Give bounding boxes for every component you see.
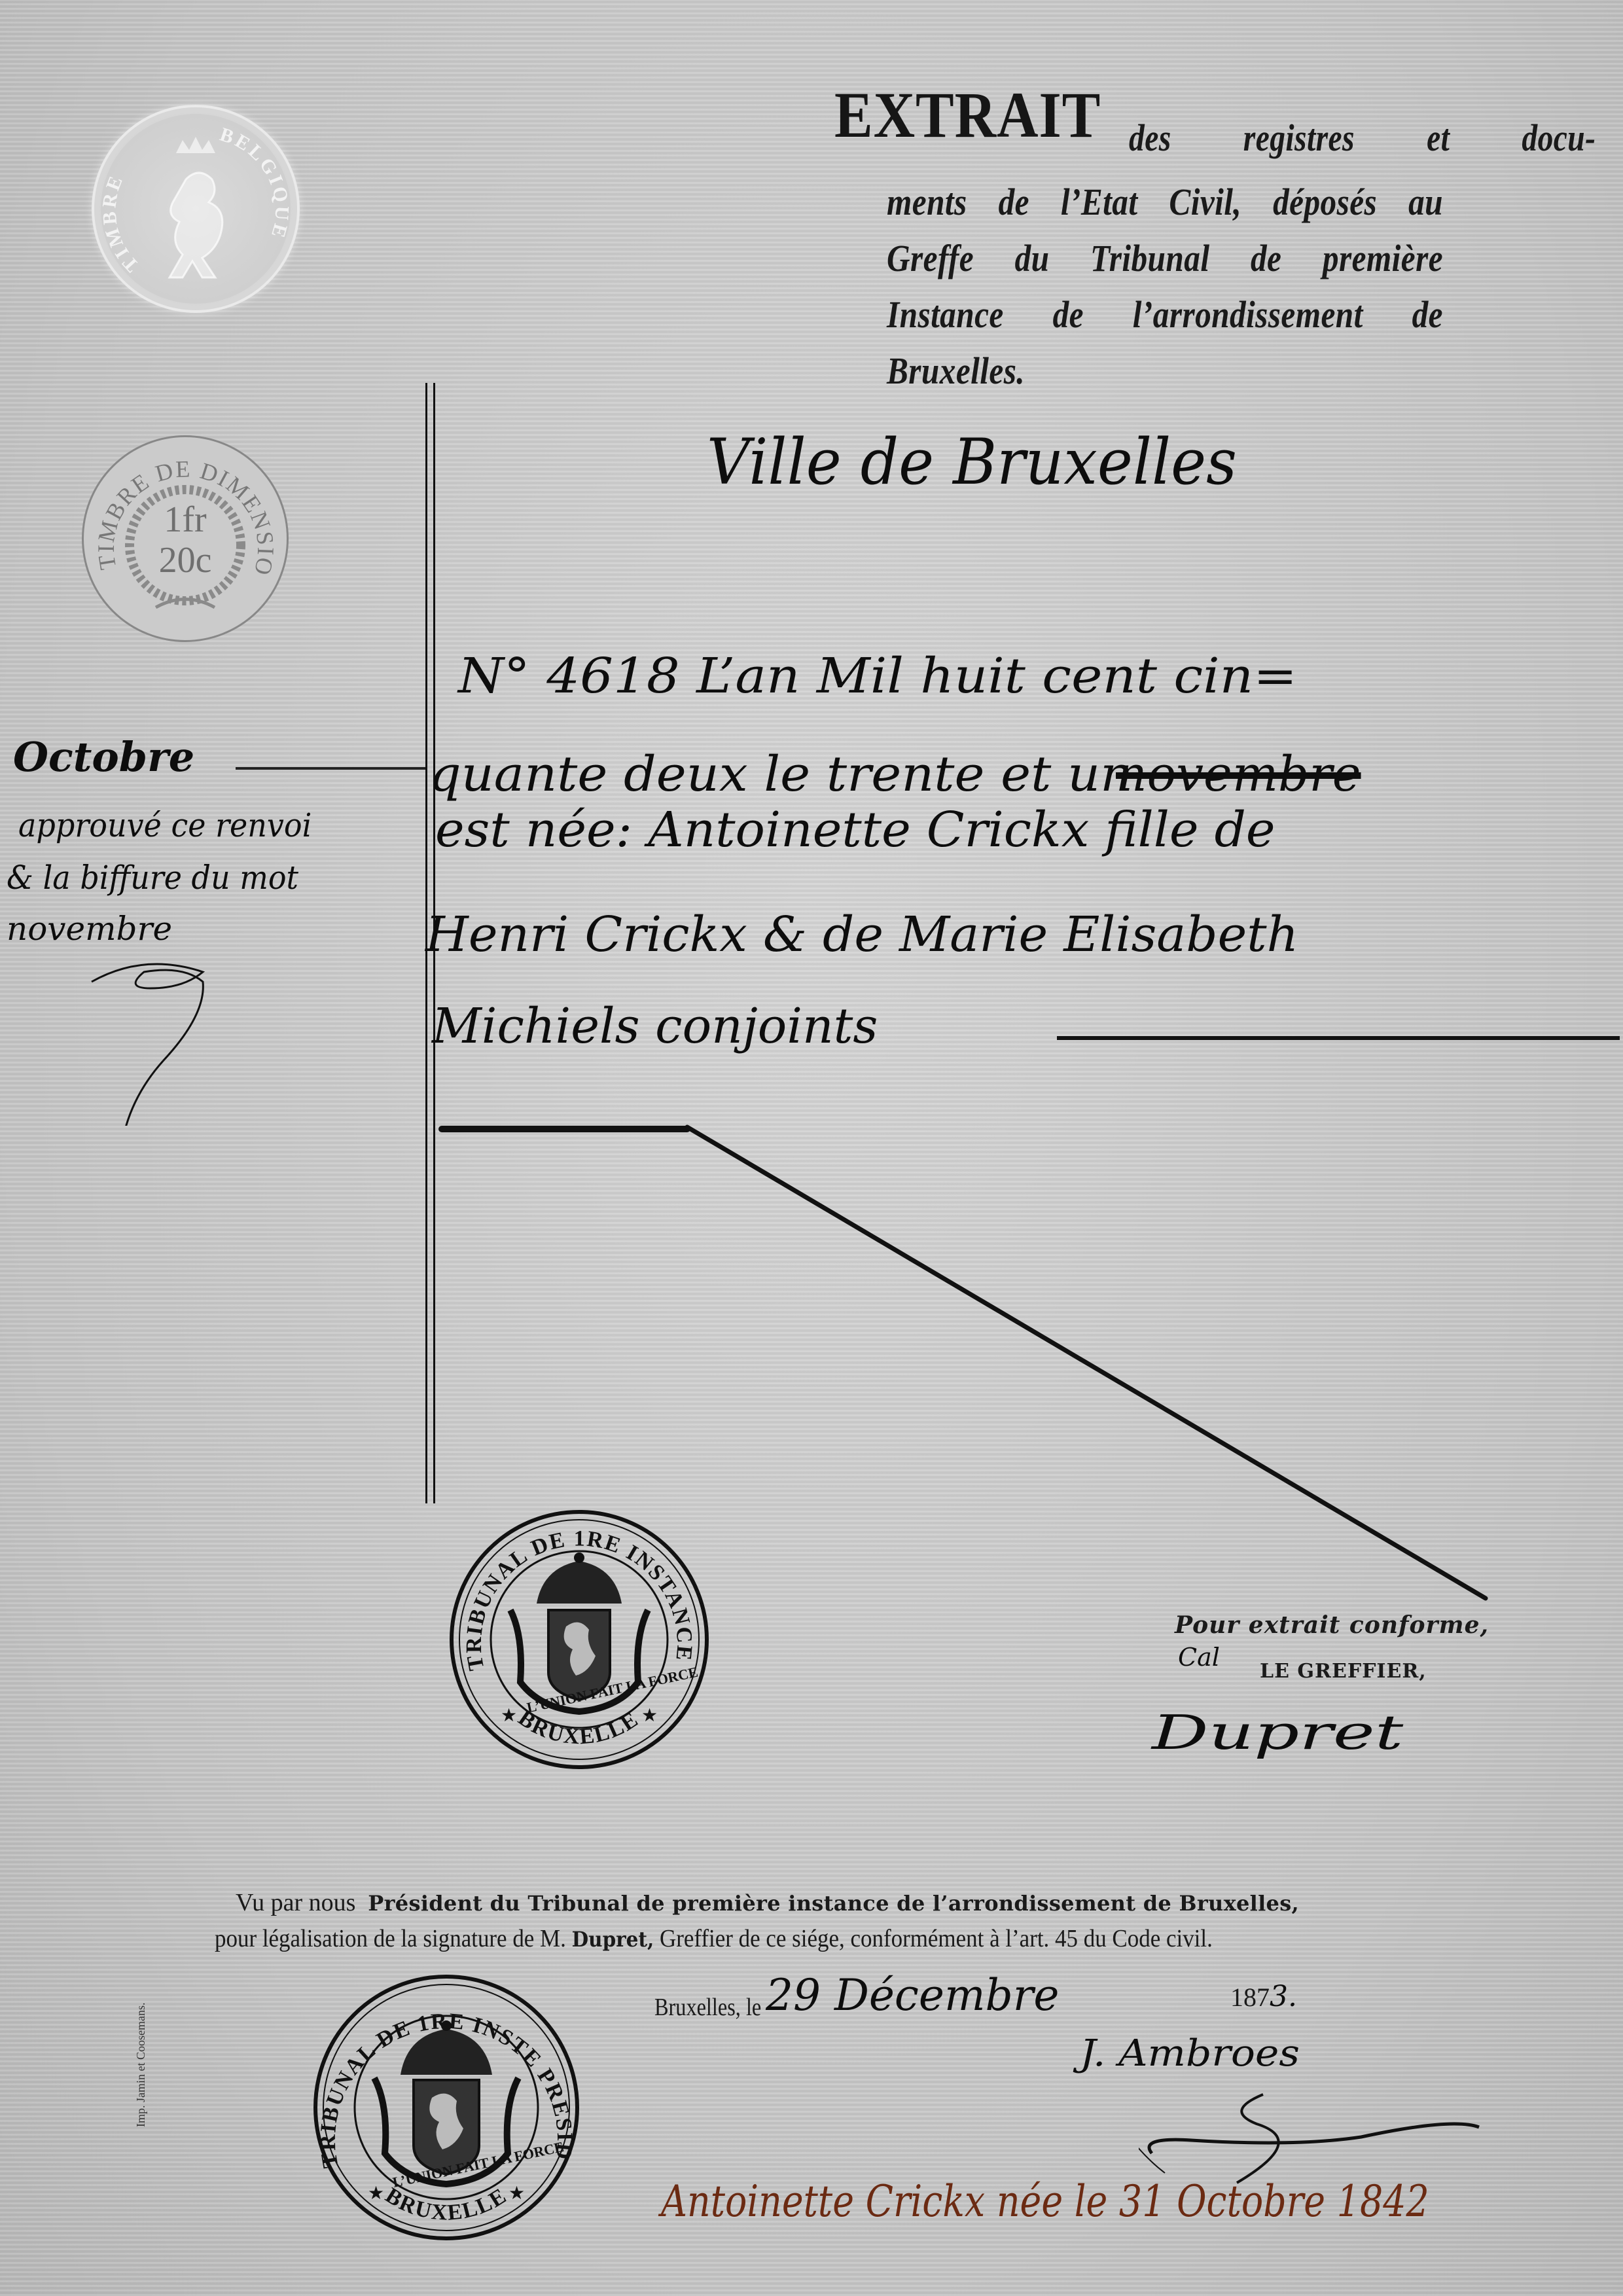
president-seal-stamp: TRIBUNAL DE 1RE INSTE PRESIDENT BRUXELLE… <box>309 1970 584 2245</box>
record-city-heading: Ville de Bruxelles <box>707 425 1237 499</box>
legalisation-line-2-post: Greffier de ce siége, conformément à l’a… <box>660 1925 1213 1952</box>
margin-note-word: Octobre <box>13 733 194 781</box>
belgian-lion-icon: TIMBRE BELGIQUE <box>94 107 297 310</box>
legalisation-line-1: Vu par nous Président du Tribunal de pre… <box>236 1888 1299 1917</box>
tribunal-seal-stamp: TRIBUNAL DE 1RE INSTANCE BRUXELLES ★ ★ L… <box>445 1505 713 1774</box>
timbre-belgique-emboss: TIMBRE BELGIQUE <box>92 105 300 313</box>
svg-text:TIMBRE: TIMBRE <box>98 171 143 276</box>
margin-note-line-2: novembre <box>7 910 172 948</box>
document-caption: Antoinette Crickx née le 31 Octobre 1842 <box>661 2176 1429 2227</box>
record-line-1-text: quante deux le trente et un <box>429 746 1133 802</box>
timbre-text-left: TIMBRE <box>98 171 143 276</box>
header-line-3: Instance de l’arrondissement de <box>887 288 1443 342</box>
record-line-3: Henri Crickx & de Marie Elisabeth <box>425 906 1298 963</box>
president-signature: J. Ambroes <box>1080 2032 1300 2075</box>
legalisation-year: 1873. <box>1230 1980 1297 2013</box>
header-line-1: ments de l’Etat Civil, déposés au <box>887 175 1443 229</box>
legalisation-line-1-plain: Vu par nous <box>236 1889 355 1916</box>
svg-text:★: ★ <box>641 1704 658 1726</box>
legalisation-line-2-bold: Dupret, <box>572 1927 654 1952</box>
timbre-value-francs: 1fr <box>84 501 287 538</box>
legalisation-line-1-bold: Président du Tribunal de première instan… <box>368 1891 1299 1916</box>
record-line-4: Michiels conjoints <box>432 998 878 1054</box>
legalisation-year-printed: 187 <box>1230 1982 1270 2012</box>
legalisation-year-handwritten: 3. <box>1270 1980 1297 2013</box>
document-header: EXTRAIT des registres et docu- ments de … <box>834 77 1538 152</box>
header-line-2: Greffe du Tribunal de première <box>887 232 1443 285</box>
svg-text:★: ★ <box>368 2182 384 2204</box>
record-line-1: quante deux le trente et un novembre <box>429 746 1361 802</box>
certification-annotation: Cal <box>1178 1643 1220 1672</box>
printer-imprint: Imp. Jamin et Coosemans. <box>134 2003 148 2127</box>
certification-line-2: LE GREFFIER, <box>1260 1660 1427 1683</box>
svg-text:★: ★ <box>508 2182 525 2204</box>
margin-note-line-1: & la biffure du mot <box>7 859 298 897</box>
record-struck-word: novembre <box>1116 746 1361 802</box>
record-line-0: N° 4618 L’an Mil huit cent cin= <box>458 648 1297 704</box>
greffier-signature: Dupret <box>1152 1705 1403 1760</box>
president-signature-flourish-icon <box>1139 2075 1505 2193</box>
header-line-4: Bruxelles. <box>887 344 1443 398</box>
timbre-text-right: BELGIQUE <box>217 124 293 243</box>
header-title-extrait: EXTRAIT <box>834 77 1101 152</box>
record-line-2: est née: Antoinette Crickx fille de <box>435 802 1275 858</box>
svg-text:BELGIQUE: BELGIQUE <box>217 124 293 243</box>
margin-note-line-0: approuvé ce renvoi <box>18 806 312 844</box>
header-line-0: des registres et docu- <box>1129 111 1596 165</box>
record-closing-rule <box>1057 1036 1620 1040</box>
legalisation-line-2-pre: pour légalisation de la signature de M. <box>215 1925 566 1952</box>
certification-line-1: Pour extrait conforme, <box>1175 1611 1489 1639</box>
margin-initials-signature-icon <box>79 956 275 1126</box>
timbre-dimension-stamp: TIMBRE DE DIMENSION. 1fr 20c <box>82 435 289 642</box>
legalisation-place: Bruxelles, le <box>654 1993 761 2022</box>
svg-text:★: ★ <box>501 1704 517 1726</box>
legalisation-date-handwritten: 29 Décembre <box>766 1970 1059 2020</box>
timbre-value-centimes: 20c <box>84 542 287 579</box>
margin-note-rule <box>236 767 425 770</box>
legalisation-line-2: pour légalisation de la signature de M. … <box>215 1924 1213 1953</box>
